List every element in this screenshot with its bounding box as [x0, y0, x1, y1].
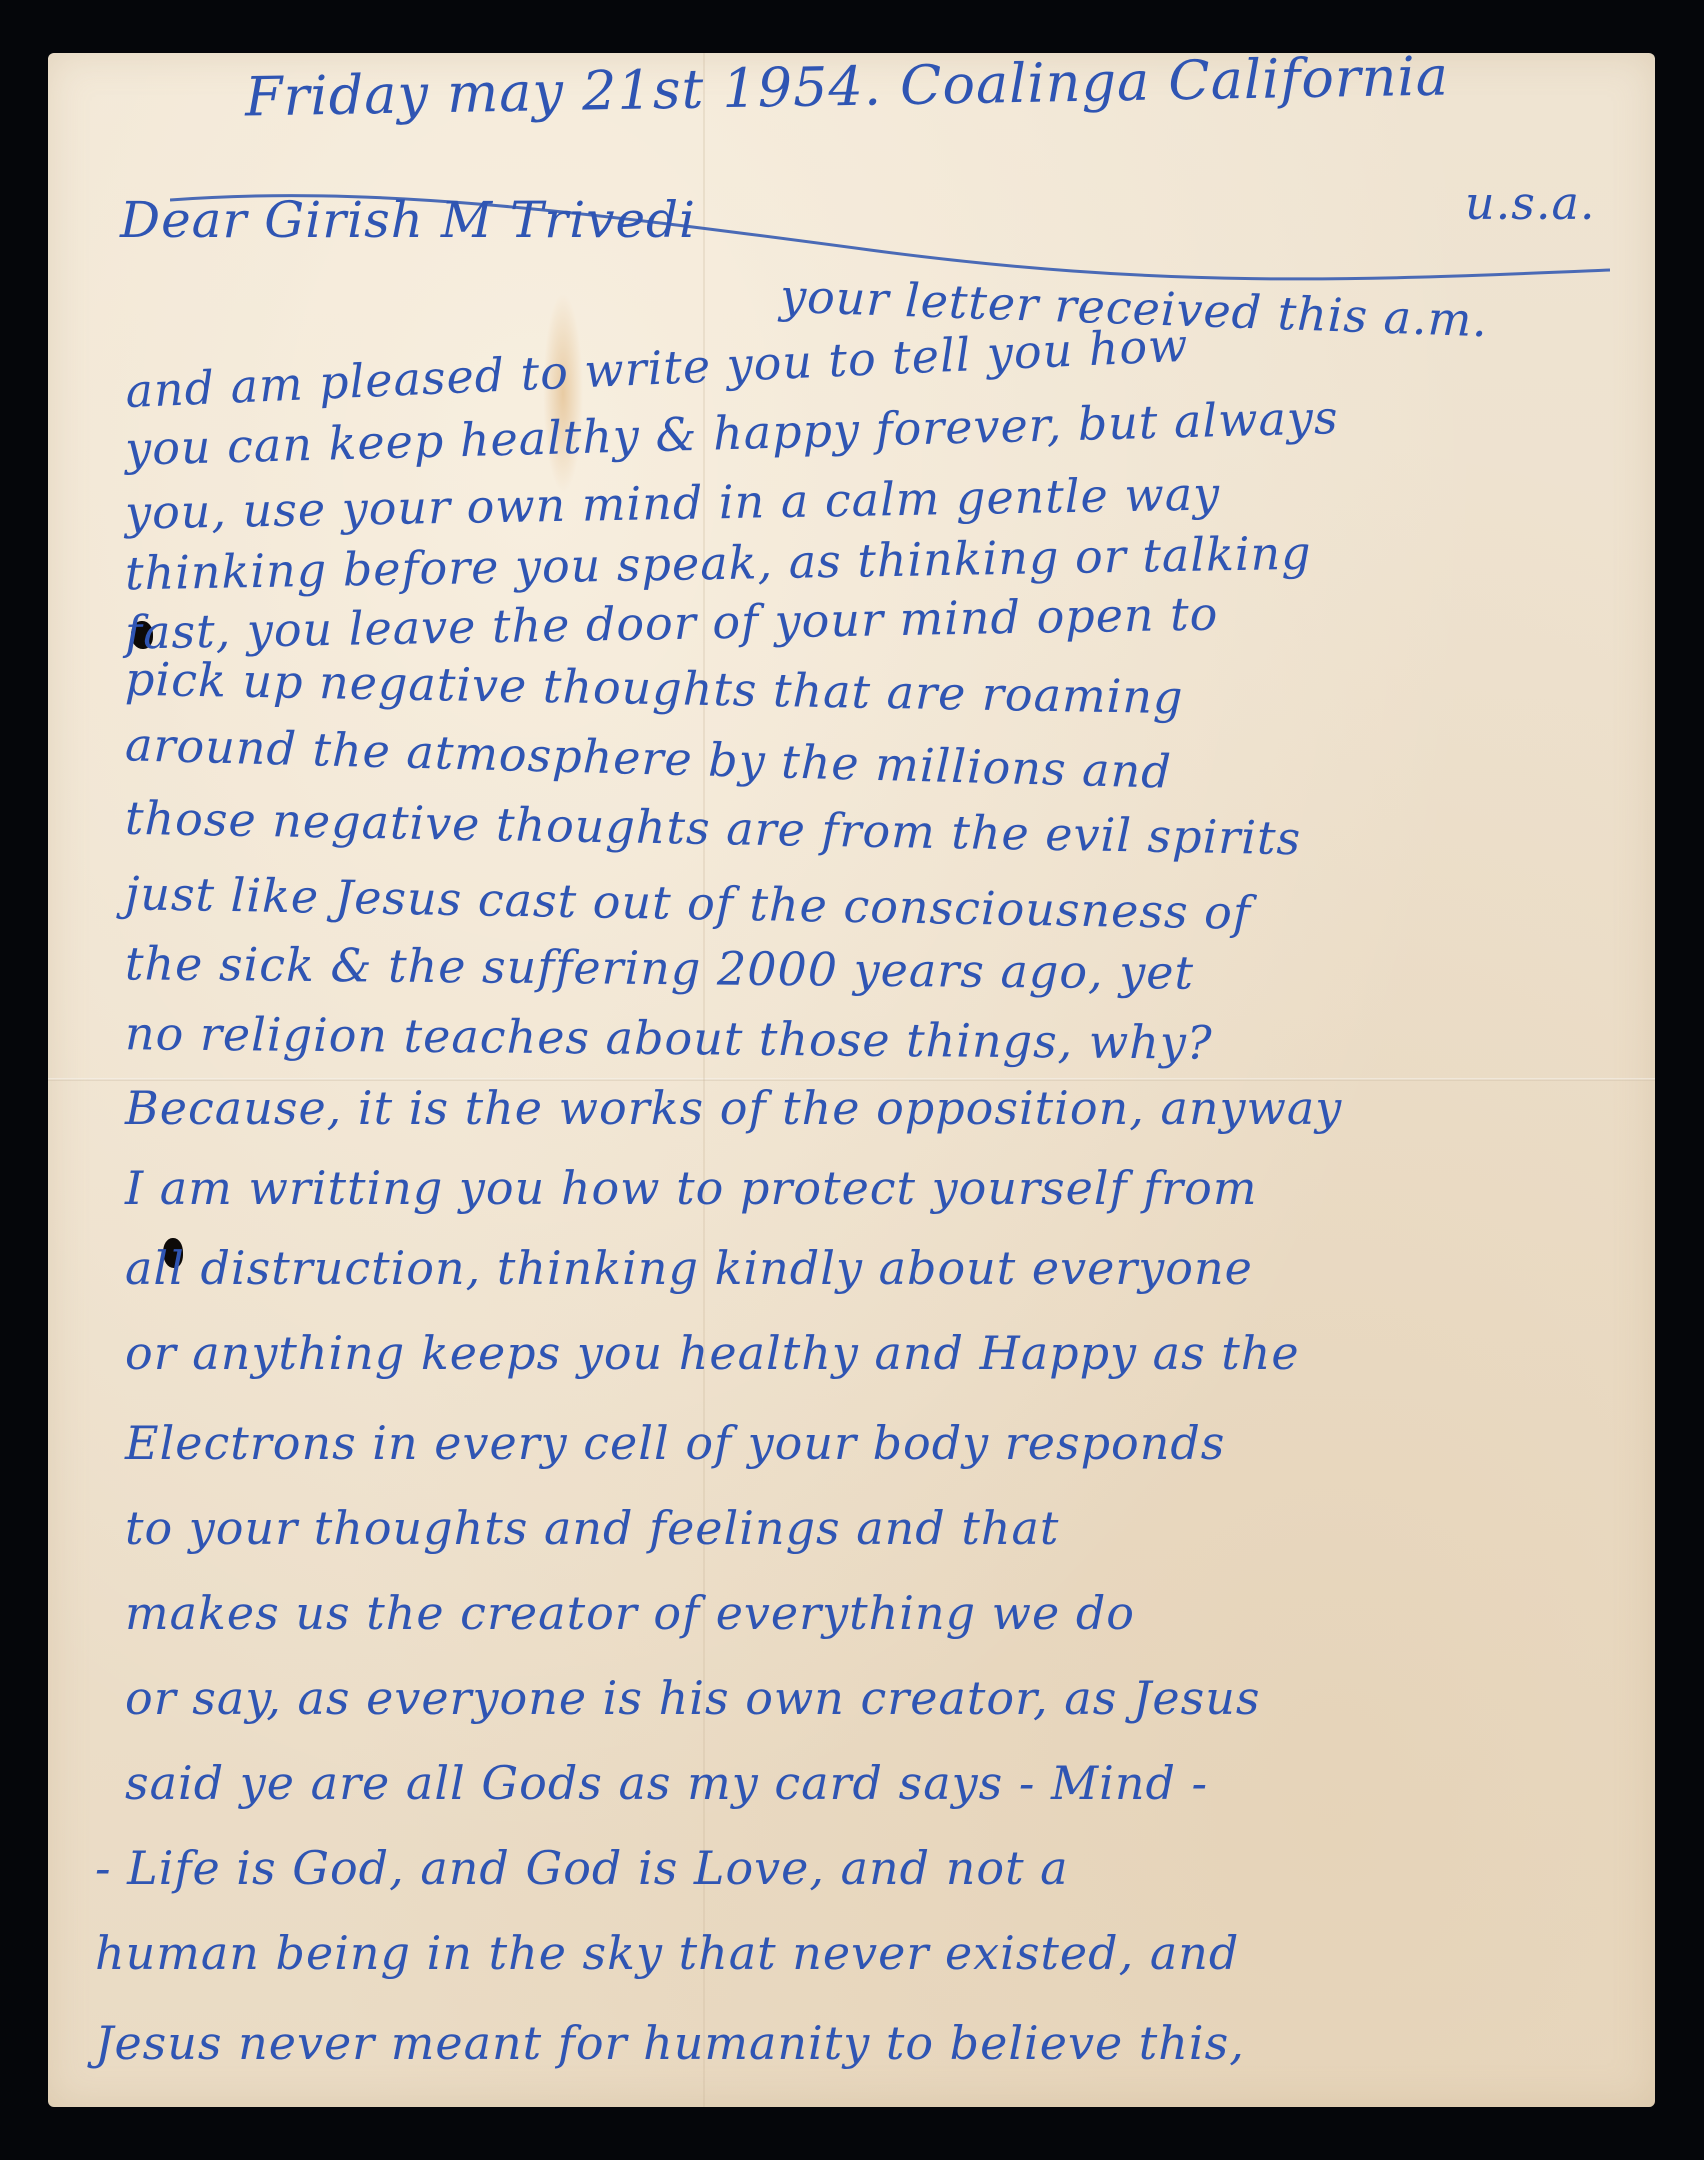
- body-line: all distruction, thinking kindly about e…: [125, 1245, 1253, 1291]
- body-line: no religion teaches about those things, …: [125, 1010, 1213, 1065]
- body-line: makes us the creator of everything we do: [125, 1590, 1135, 1636]
- body-line: to your thoughts and feelings and that: [125, 1505, 1059, 1551]
- body-line: or anything keeps you healthy and Happy …: [125, 1330, 1300, 1376]
- body-line: or say, as everyone is his own creator, …: [125, 1675, 1260, 1721]
- body-line: the sick & the suffering 2000 years ago,…: [125, 940, 1194, 995]
- body-line: Because, it is the works of the oppositi…: [125, 1085, 1342, 1131]
- body-line: I am writting you how to protect yoursel…: [125, 1165, 1257, 1211]
- salutation: Dear Girish M Trivedi: [120, 195, 696, 245]
- body-line: - Life is God, and God is Love, and not …: [95, 1845, 1069, 1891]
- body-line: Jesus never meant for humanity to believ…: [95, 2020, 1245, 2066]
- country-line: u.s.a.: [1465, 180, 1596, 226]
- body-line: human being in the sky that never existe…: [95, 1930, 1239, 1976]
- body-line: Electrons in every cell of your body res…: [125, 1420, 1225, 1466]
- body-line: said ye are all Gods as my card says - M…: [125, 1760, 1208, 1806]
